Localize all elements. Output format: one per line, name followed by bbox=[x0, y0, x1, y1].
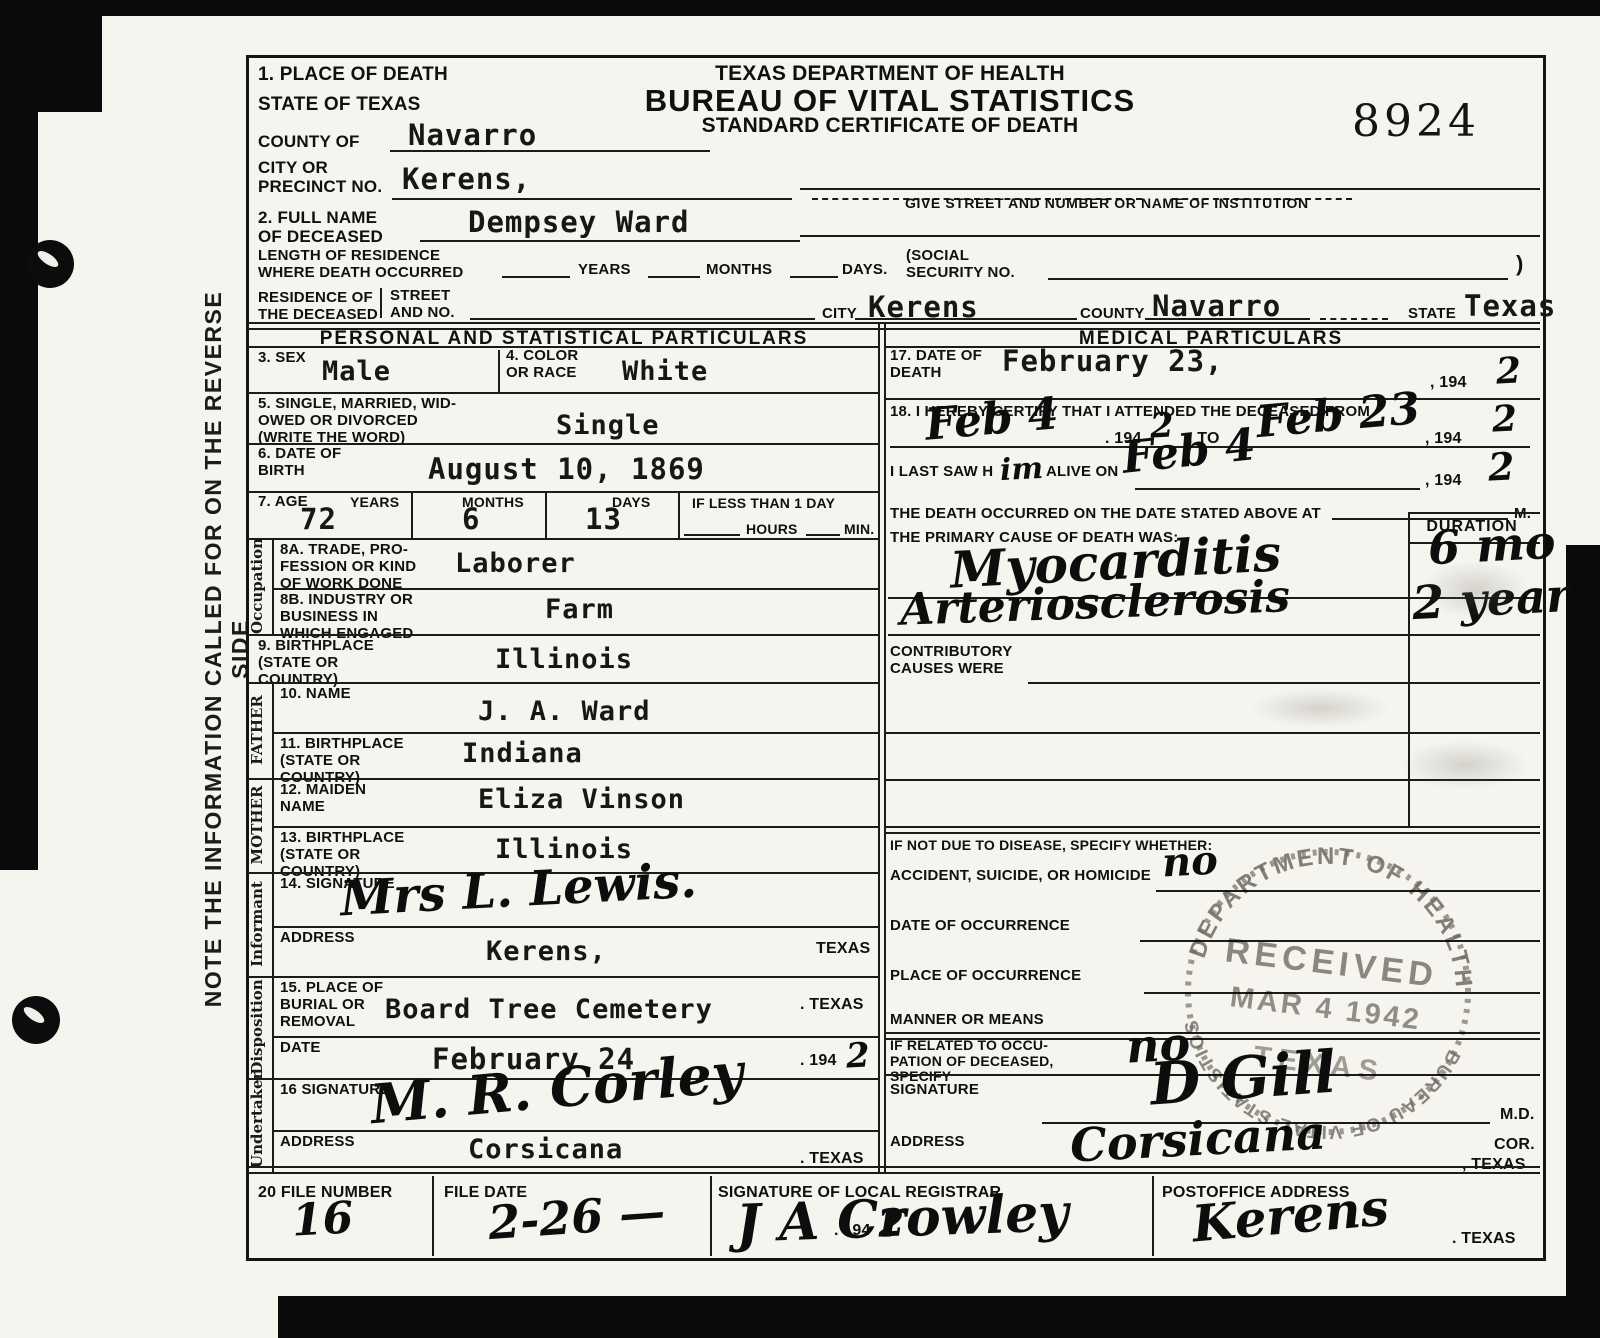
physician-signature-label: SIGNATURE bbox=[890, 1082, 979, 1099]
divider bbox=[790, 276, 838, 278]
divider bbox=[498, 350, 500, 392]
divider bbox=[272, 826, 880, 828]
divider bbox=[272, 732, 880, 734]
county-of-label: COUNTY OF bbox=[258, 132, 360, 151]
full-name-label: 2. FULL NAME OF DECEASED bbox=[258, 208, 383, 246]
divider bbox=[272, 1130, 880, 1132]
burial-date-label: DATE bbox=[280, 1040, 321, 1057]
birthplace-label: 9. BIRTHPLACE (STATE OR COUNTRY) bbox=[258, 638, 374, 688]
trade-label: 8A. TRADE, PRO- FESSION OR KIND OF WORK … bbox=[280, 542, 416, 592]
divider bbox=[855, 318, 1077, 320]
scan-left-edge bbox=[0, 14, 38, 870]
file-number-value: 16 bbox=[291, 1192, 355, 1246]
mother-maiden-value: Eliza Vinson bbox=[478, 784, 685, 815]
stamp-texas: TEXAS bbox=[1252, 1041, 1387, 1089]
divider bbox=[1152, 1176, 1154, 1256]
occurred-label: THE DEATH OCCURRED ON THE DATE STATED AB… bbox=[890, 506, 1321, 523]
residence-county-label: COUNTY bbox=[1080, 306, 1145, 323]
divider bbox=[272, 1036, 880, 1038]
divider bbox=[1408, 682, 1540, 684]
sidebar-informant: Informant bbox=[248, 872, 266, 976]
industry-value: Farm bbox=[545, 594, 614, 625]
divider bbox=[884, 732, 1540, 734]
ssn-close-paren: ) bbox=[1516, 252, 1524, 277]
physician-address-label: ADDRESS bbox=[890, 1134, 965, 1151]
sex-label: 3. SEX bbox=[258, 350, 306, 367]
divider bbox=[248, 778, 880, 780]
certificate-number: 8924 bbox=[1352, 96, 1480, 147]
age-months-value: 6 bbox=[462, 502, 480, 536]
divider bbox=[380, 288, 382, 318]
scan-top-edge bbox=[0, 0, 1600, 16]
divider bbox=[806, 534, 840, 536]
place-of-death-label: 1. PLACE OF DEATH bbox=[258, 64, 448, 85]
related-occupation-label: IF RELATED TO OCCU- PATION OF DECEASED, … bbox=[890, 1038, 1054, 1085]
residence-of-label: RESIDENCE OF THE DECEASED bbox=[258, 290, 378, 324]
father-birthplace-value: Indiana bbox=[462, 738, 583, 769]
burial-place-state: . TEXAS bbox=[800, 996, 864, 1014]
divider bbox=[800, 235, 1540, 237]
father-name-value: J. A. Ward bbox=[478, 696, 651, 727]
informant-address-label: ADDRESS bbox=[280, 930, 355, 947]
mother-maiden-label: 12. MAIDEN NAME bbox=[280, 782, 366, 816]
divider bbox=[1320, 318, 1388, 320]
institution-hint: GIVE STREET AND NUMBER OR NAME OF INSTIT… bbox=[905, 196, 1309, 212]
age-years-value: 72 bbox=[300, 502, 337, 536]
date-of-death-value: February 23, bbox=[1002, 344, 1224, 378]
last-saw-year-hw: 2 bbox=[1487, 443, 1516, 489]
to-year-hw: 2 bbox=[1491, 397, 1518, 440]
sidebar-undertaker: Undertaker bbox=[248, 1080, 266, 1168]
header-certificate: STANDARD CERTIFICATE OF DEATH bbox=[600, 114, 1180, 138]
divider bbox=[1145, 318, 1310, 320]
scan-smudge bbox=[1250, 688, 1390, 728]
age-days-value: 13 bbox=[585, 502, 622, 536]
undertaker-address-value: Corsicana bbox=[468, 1134, 623, 1165]
divider bbox=[1028, 682, 1408, 684]
divider bbox=[1135, 488, 1420, 490]
divider bbox=[502, 276, 570, 278]
header-department: TEXAS DEPARTMENT OF HEALTH bbox=[600, 62, 1180, 86]
divider bbox=[246, 1166, 1540, 1174]
dob-value: August 10, 1869 bbox=[428, 452, 705, 486]
ssn-label: (SOCIAL SECURITY NO. bbox=[906, 248, 1015, 282]
city-precinct-label: CITY OR PRECINCT NO. bbox=[258, 158, 382, 196]
divider bbox=[545, 491, 547, 538]
punch-hole bbox=[26, 240, 74, 288]
divider bbox=[1048, 278, 1508, 280]
cor-label: COR. bbox=[1494, 1136, 1535, 1154]
marital-label: 5. SINGLE, MARRIED, WID- OWED OR DIVORCE… bbox=[258, 396, 456, 446]
informant-address-state: TEXAS bbox=[816, 940, 870, 958]
residence-city-label: CITY bbox=[822, 306, 857, 323]
length-residence-label: LENGTH OF RESIDENCE WHERE DEATH OCCURRED bbox=[258, 248, 463, 282]
divider bbox=[684, 534, 740, 536]
column-divider bbox=[878, 322, 880, 1172]
md-label: M.D. bbox=[1500, 1106, 1535, 1124]
burial-place-label: 15. PLACE OF BURIAL OR REMOVAL bbox=[280, 980, 383, 1030]
received-stamp: DEPARTMENT OF HEALTH BUREAU OF VITAL STA… bbox=[1139, 803, 1518, 1182]
divider bbox=[390, 150, 710, 152]
divider bbox=[710, 1176, 712, 1256]
sidebar-father: FATHER bbox=[248, 682, 266, 778]
death-certificate-scan: NOTE THE INFORMATION CALLED FOR ON THE R… bbox=[0, 0, 1600, 1338]
months-label: MONTHS bbox=[706, 262, 772, 279]
scan-smudge bbox=[1420, 560, 1530, 620]
divider bbox=[272, 538, 274, 634]
color-race-value: White bbox=[622, 356, 708, 387]
divider bbox=[1408, 634, 1540, 636]
scan-smudge bbox=[1400, 740, 1530, 790]
divider bbox=[248, 491, 880, 493]
column-divider bbox=[884, 322, 886, 1172]
burial-date-year-printed: . 194 bbox=[800, 1052, 837, 1070]
divider bbox=[432, 1176, 434, 1256]
last-saw-label-2: ALIVE ON bbox=[1046, 464, 1118, 481]
divider bbox=[248, 443, 880, 445]
divider bbox=[272, 588, 880, 590]
svg-text:BUREAU OF VITAL STATISTICS: BUREAU OF VITAL STATISTICS bbox=[1168, 1014, 1465, 1158]
divider bbox=[248, 682, 880, 684]
divider bbox=[248, 392, 880, 394]
dob-label: 6. DATE OF BIRTH bbox=[258, 446, 341, 480]
stamp-arc-bottom: BUREAU OF VITAL STATISTICS bbox=[1168, 1014, 1465, 1158]
age-years-label: YEARS bbox=[350, 495, 399, 511]
burial-place-value: Board Tree Cemetery bbox=[385, 994, 713, 1025]
birthplace-value: Illinois bbox=[495, 644, 633, 675]
dod-year-printed: , 194 bbox=[1430, 374, 1467, 392]
sidebar-occupation: Occupation bbox=[248, 538, 266, 634]
place-occurrence-label: PLACE OF OCCURRENCE bbox=[890, 968, 1081, 985]
divider bbox=[248, 634, 880, 636]
scan-bottom-edge bbox=[278, 1296, 1600, 1338]
last-saw-year-printed: , 194 bbox=[1425, 472, 1462, 490]
undertaker-address-label: ADDRESS bbox=[280, 1134, 355, 1151]
accident-suicide-label: ACCIDENT, SUICIDE, OR HOMICIDE bbox=[890, 868, 1151, 885]
date-of-death-label: 17. DATE OF DEATH bbox=[890, 348, 982, 382]
divider bbox=[678, 491, 680, 538]
sex-value: Male bbox=[322, 356, 391, 387]
divider bbox=[248, 538, 880, 540]
divider bbox=[648, 276, 700, 278]
divider bbox=[420, 240, 800, 242]
last-saw-label-1: I LAST SAW H bbox=[890, 464, 993, 481]
state-of-texas-label: STATE OF TEXAS bbox=[258, 94, 421, 115]
burial-date-year-hw: 2 bbox=[845, 1035, 871, 1076]
date-occurrence-label: DATE OF OCCURRENCE bbox=[890, 918, 1070, 935]
punch-hole bbox=[12, 996, 60, 1044]
color-race-label: 4. COLOR OR RACE bbox=[506, 348, 578, 382]
manner-means-label: MANNER OR MEANS bbox=[890, 1012, 1044, 1029]
residence-state-label: STATE bbox=[1408, 306, 1456, 323]
years-label: YEARS bbox=[578, 262, 631, 279]
min-label: MIN. bbox=[844, 522, 874, 538]
divider bbox=[1408, 512, 1540, 514]
postoffice-state: . TEXAS bbox=[1452, 1230, 1516, 1248]
divider bbox=[470, 318, 815, 320]
residence-state-value: Texas bbox=[1464, 289, 1556, 323]
if-less-than-day-label: IF LESS THAN 1 DAY bbox=[692, 496, 835, 512]
street-and-no-label: STREET AND NO. bbox=[390, 288, 455, 322]
hours-label: HOURS bbox=[746, 522, 798, 538]
marital-value: Single bbox=[556, 410, 660, 441]
days-label: DAYS. bbox=[842, 262, 887, 279]
scan-right-edge bbox=[1566, 545, 1600, 1303]
registrar-signature: J A Crowley bbox=[735, 1182, 1069, 1255]
sidebar-disposition: Disposition bbox=[248, 976, 266, 1078]
divider bbox=[411, 491, 413, 538]
divider bbox=[800, 188, 1540, 190]
city-value: Kerens, bbox=[402, 162, 531, 196]
last-saw-pronoun-hw: im bbox=[999, 451, 1044, 488]
trade-value: Laborer bbox=[455, 548, 576, 579]
divider bbox=[392, 198, 792, 200]
full-name-value: Dempsey Ward bbox=[468, 205, 690, 239]
contributory-label: CONTRIBUTORY CAUSES WERE bbox=[890, 644, 1012, 678]
divider bbox=[272, 926, 880, 928]
dod-year-hw: 2 bbox=[1495, 349, 1522, 392]
sidebar-mother: MOTHER bbox=[248, 778, 266, 872]
divider bbox=[248, 976, 880, 978]
county-value: Navarro bbox=[408, 118, 537, 152]
father-name-label: 10. NAME bbox=[280, 686, 351, 703]
divider bbox=[888, 634, 1408, 636]
informant-address-value: Kerens, bbox=[486, 936, 607, 967]
